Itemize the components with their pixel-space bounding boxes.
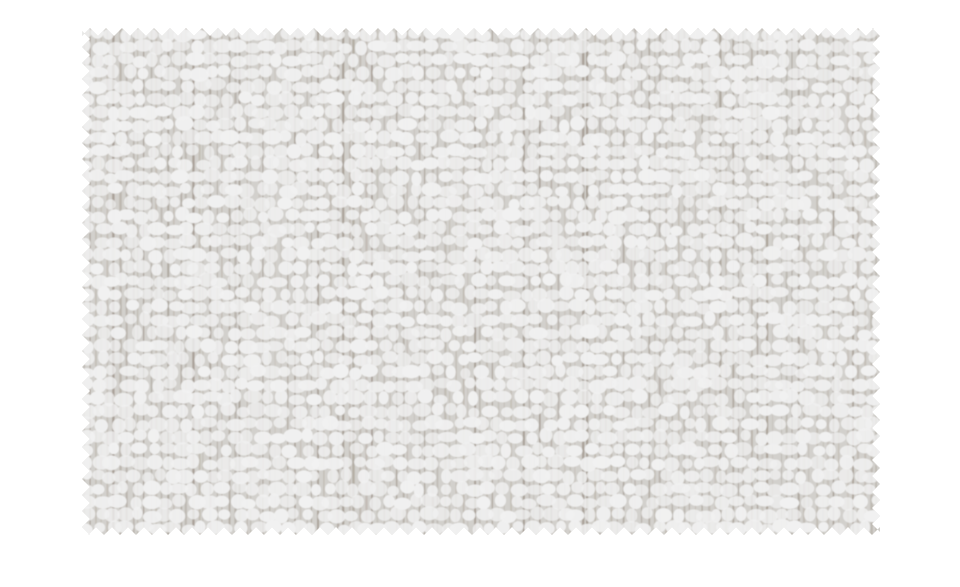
fabric-swatch (82, 28, 880, 535)
fabric-texture (82, 28, 880, 535)
